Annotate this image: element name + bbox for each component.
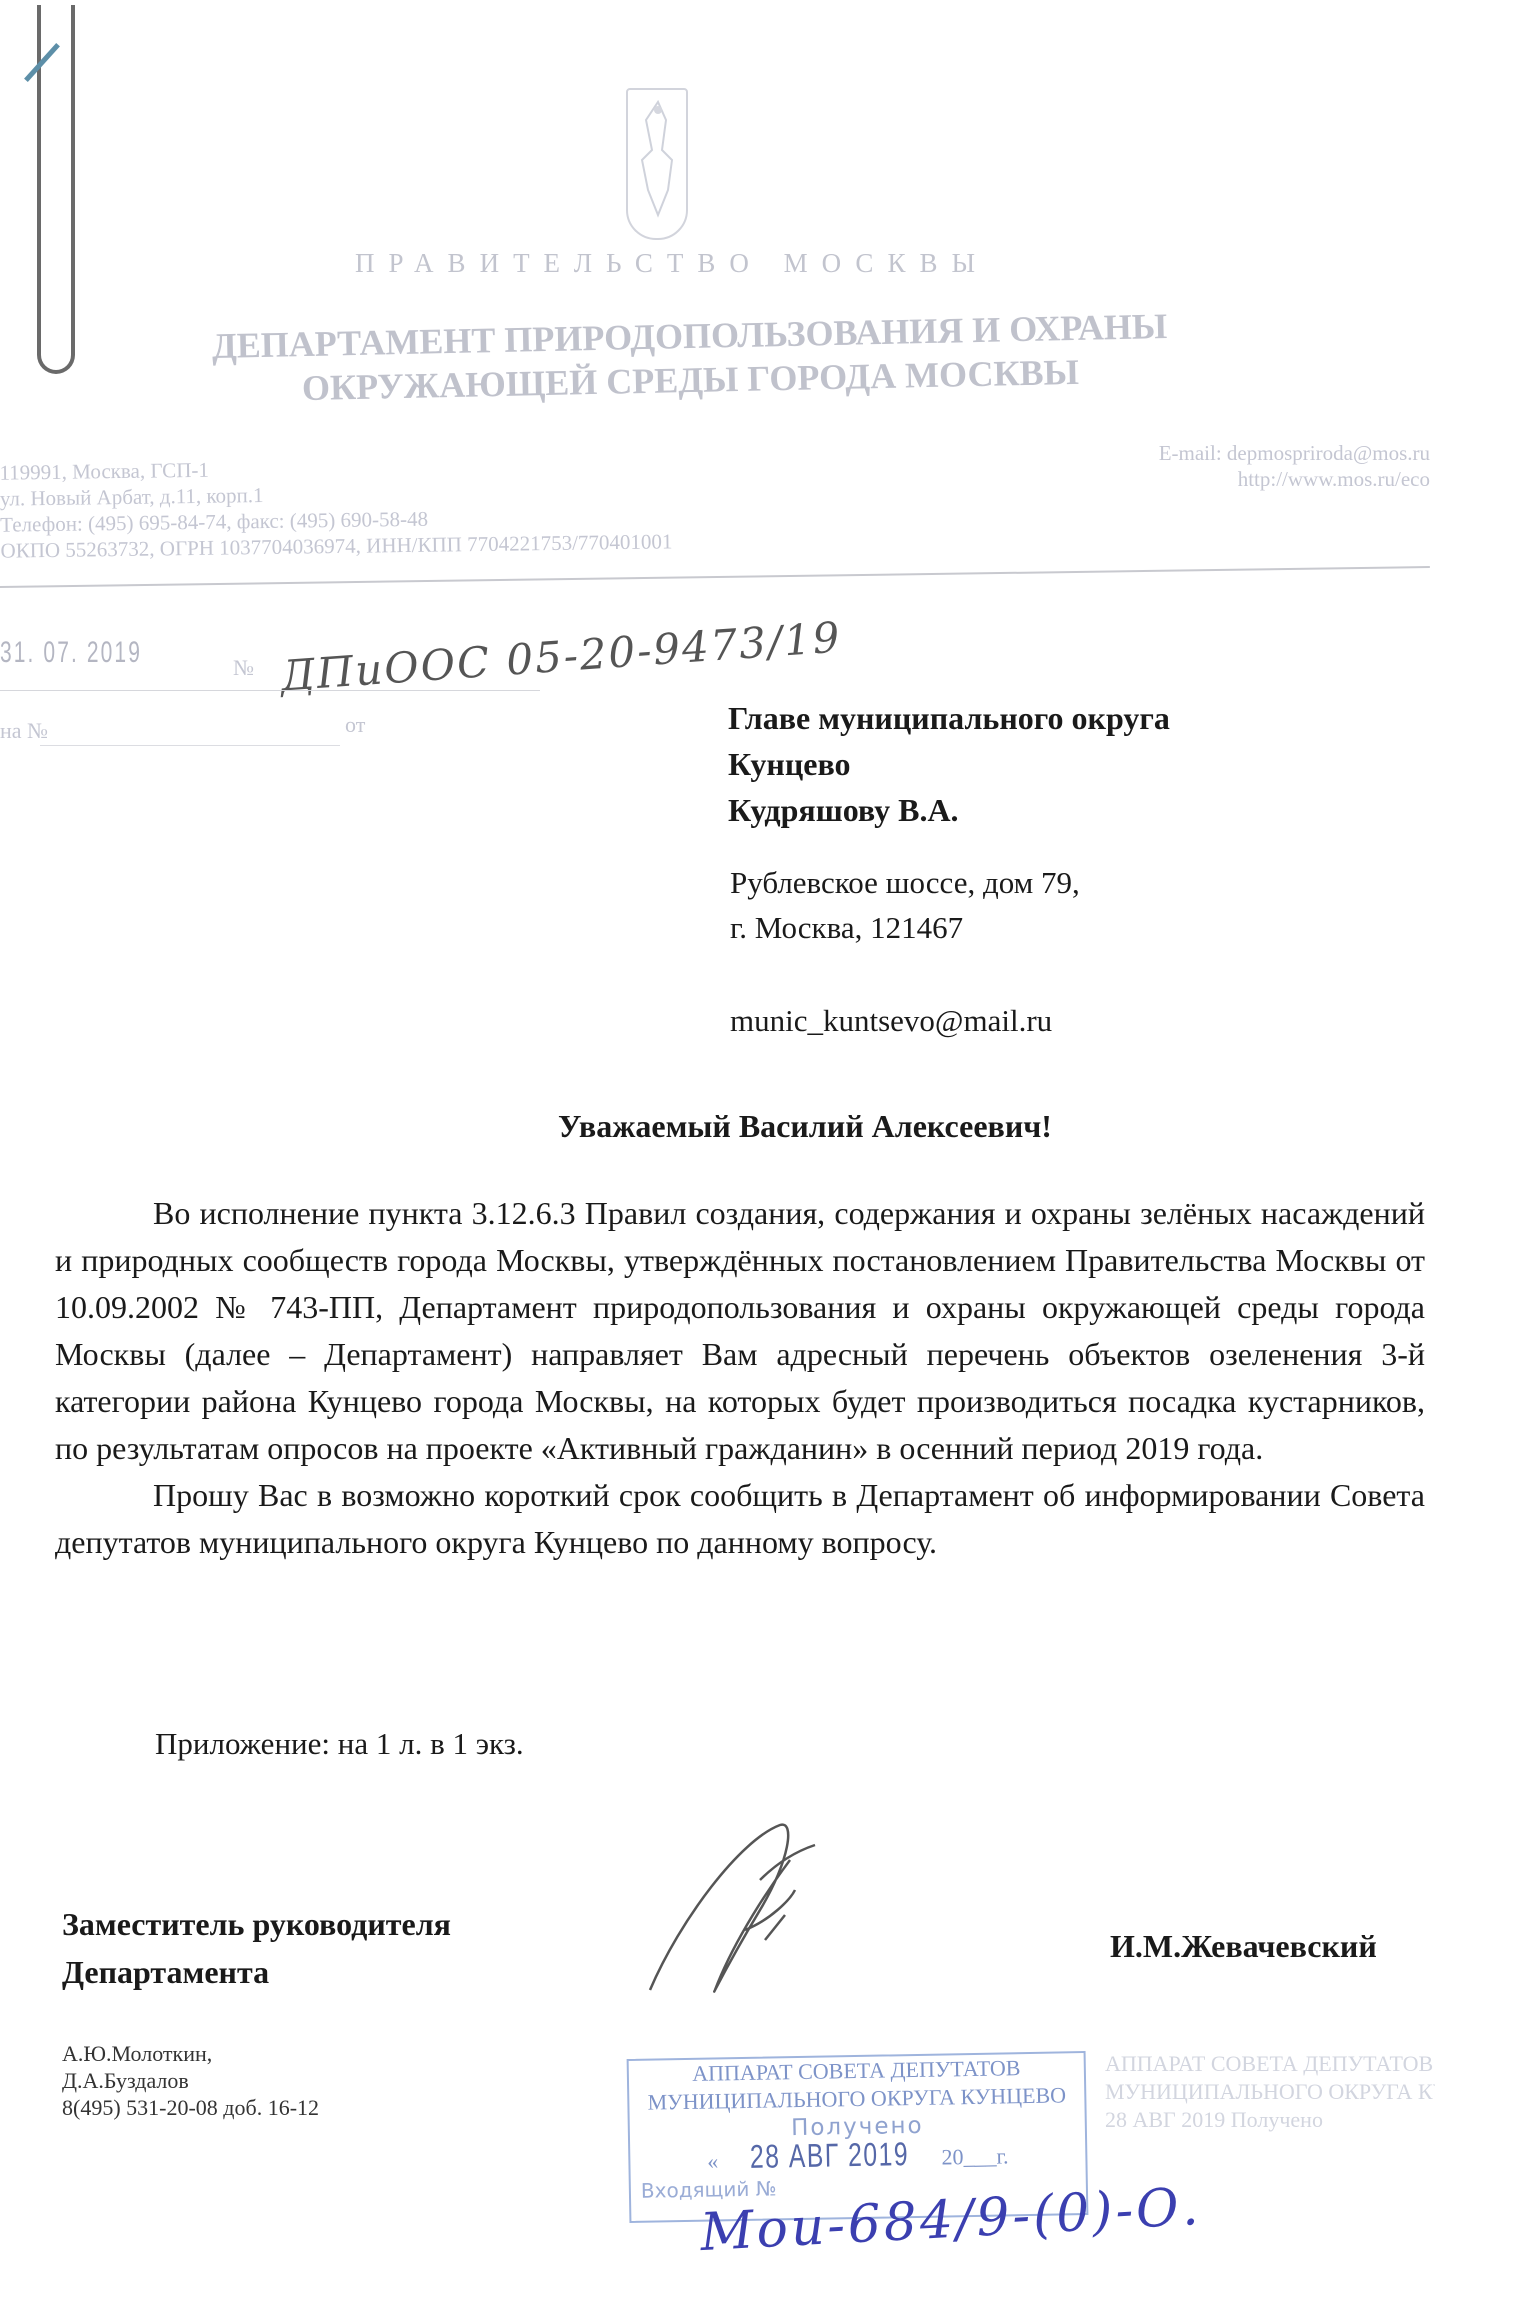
recipient-block: Главе муниципального округа Кунцево Кудр… [728, 695, 1170, 833]
recipient-address-line: Рублевское шоссе, дом 79, [730, 860, 1080, 905]
recipient-address: Рублевское шоссе, дом 79, г. Москва, 121… [730, 860, 1080, 950]
government-title: ПРАВИТЕЛЬСТВО МОСКВЫ [355, 248, 989, 279]
signatory-title-line2: Департамента [62, 1948, 451, 1996]
moscow-coat-of-arms-icon [626, 88, 688, 240]
recipient-line: Кунцево [728, 741, 1170, 787]
registration-underline [0, 690, 540, 691]
salutation: Уважаемый Василий Алексеевич! [0, 1108, 1540, 1145]
reply-to-label: на № [0, 718, 48, 744]
reply-from-label: от [345, 712, 365, 738]
recipient-email: munic_kuntsevo@mail.ru [730, 1003, 1052, 1039]
reply-to-underline [40, 745, 340, 746]
executor-phone: 8(495) 531-20-08 доб. 16-12 [62, 2094, 319, 2121]
attachment-note: Приложение: на 1 л. в 1 экз. [155, 1726, 524, 1762]
letterhead-divider [0, 566, 1430, 588]
ghost-stamp-line2: МУНИЦИПАЛЬНОГО ОКРУГА КУНЦЕВО [1105, 2078, 1435, 2106]
registration-date: 31. 07. 2019 [0, 636, 142, 670]
signatory-name: И.М.Жевачевский [1110, 1928, 1377, 1965]
executor-line: Д.А.Буздалов [62, 2067, 319, 2094]
ghost-stamp-imprint: АППАРАТ СОВЕТА ДЕПУТАТОВ МУНИЦИПАЛЬНОГО … [1105, 2050, 1435, 2150]
recipient-line: Главе муниципального округа [728, 695, 1170, 741]
department-address: 119991, Москва, ГСП-1 ул. Новый Арбат, д… [0, 450, 673, 563]
recipient-address-line: г. Москва, 121467 [730, 905, 1080, 950]
executors: А.Ю.Молоткин, Д.А.Буздалов 8(495) 531-20… [62, 2040, 319, 2121]
registration-number-handwritten: ДПиООС 05-20-9473/19 [279, 612, 843, 700]
department-title: ДЕПАРТАМЕНТ ПРИРОДОПОЛЬЗОВАНИЯ И ОХРАНЫ … [159, 303, 1221, 413]
department-contacts: E-mail: depmospriroda@mos.ru http://www.… [1050, 440, 1430, 492]
handwritten-signature-icon [620, 1820, 980, 2020]
registration-number-label: № [233, 655, 254, 681]
body-paragraph: Прошу Вас в возможно короткий срок сообщ… [55, 1472, 1425, 1566]
body-paragraph: Во исполнение пункта 3.12.6.3 Правил соз… [55, 1190, 1425, 1472]
department-email: E-mail: depmospriroda@mos.ru [1050, 440, 1430, 466]
signatory-title: Заместитель руководителя Департамента [62, 1900, 451, 1996]
letter-body: Во исполнение пункта 3.12.6.3 Правил соз… [55, 1190, 1425, 1566]
signatory-title-line1: Заместитель руководителя [62, 1900, 451, 1948]
recipient-line: Кудряшову В.А. [728, 787, 1170, 833]
ghost-stamp-date: 28 АВГ 2019 Получено [1105, 2106, 1435, 2134]
stamp-date: 28 АВГ 2019 [750, 2140, 910, 2171]
stamp-year-suffix: 20___г. [941, 2143, 1008, 2169]
stamp-date-prefix: « [707, 2148, 718, 2173]
ghost-stamp-line1: АППАРАТ СОВЕТА ДЕПУТАТОВ [1105, 2050, 1435, 2078]
executor-line: А.Ю.Молоткин, [62, 2040, 319, 2067]
department-website: http://www.mos.ru/eco [1050, 466, 1430, 492]
